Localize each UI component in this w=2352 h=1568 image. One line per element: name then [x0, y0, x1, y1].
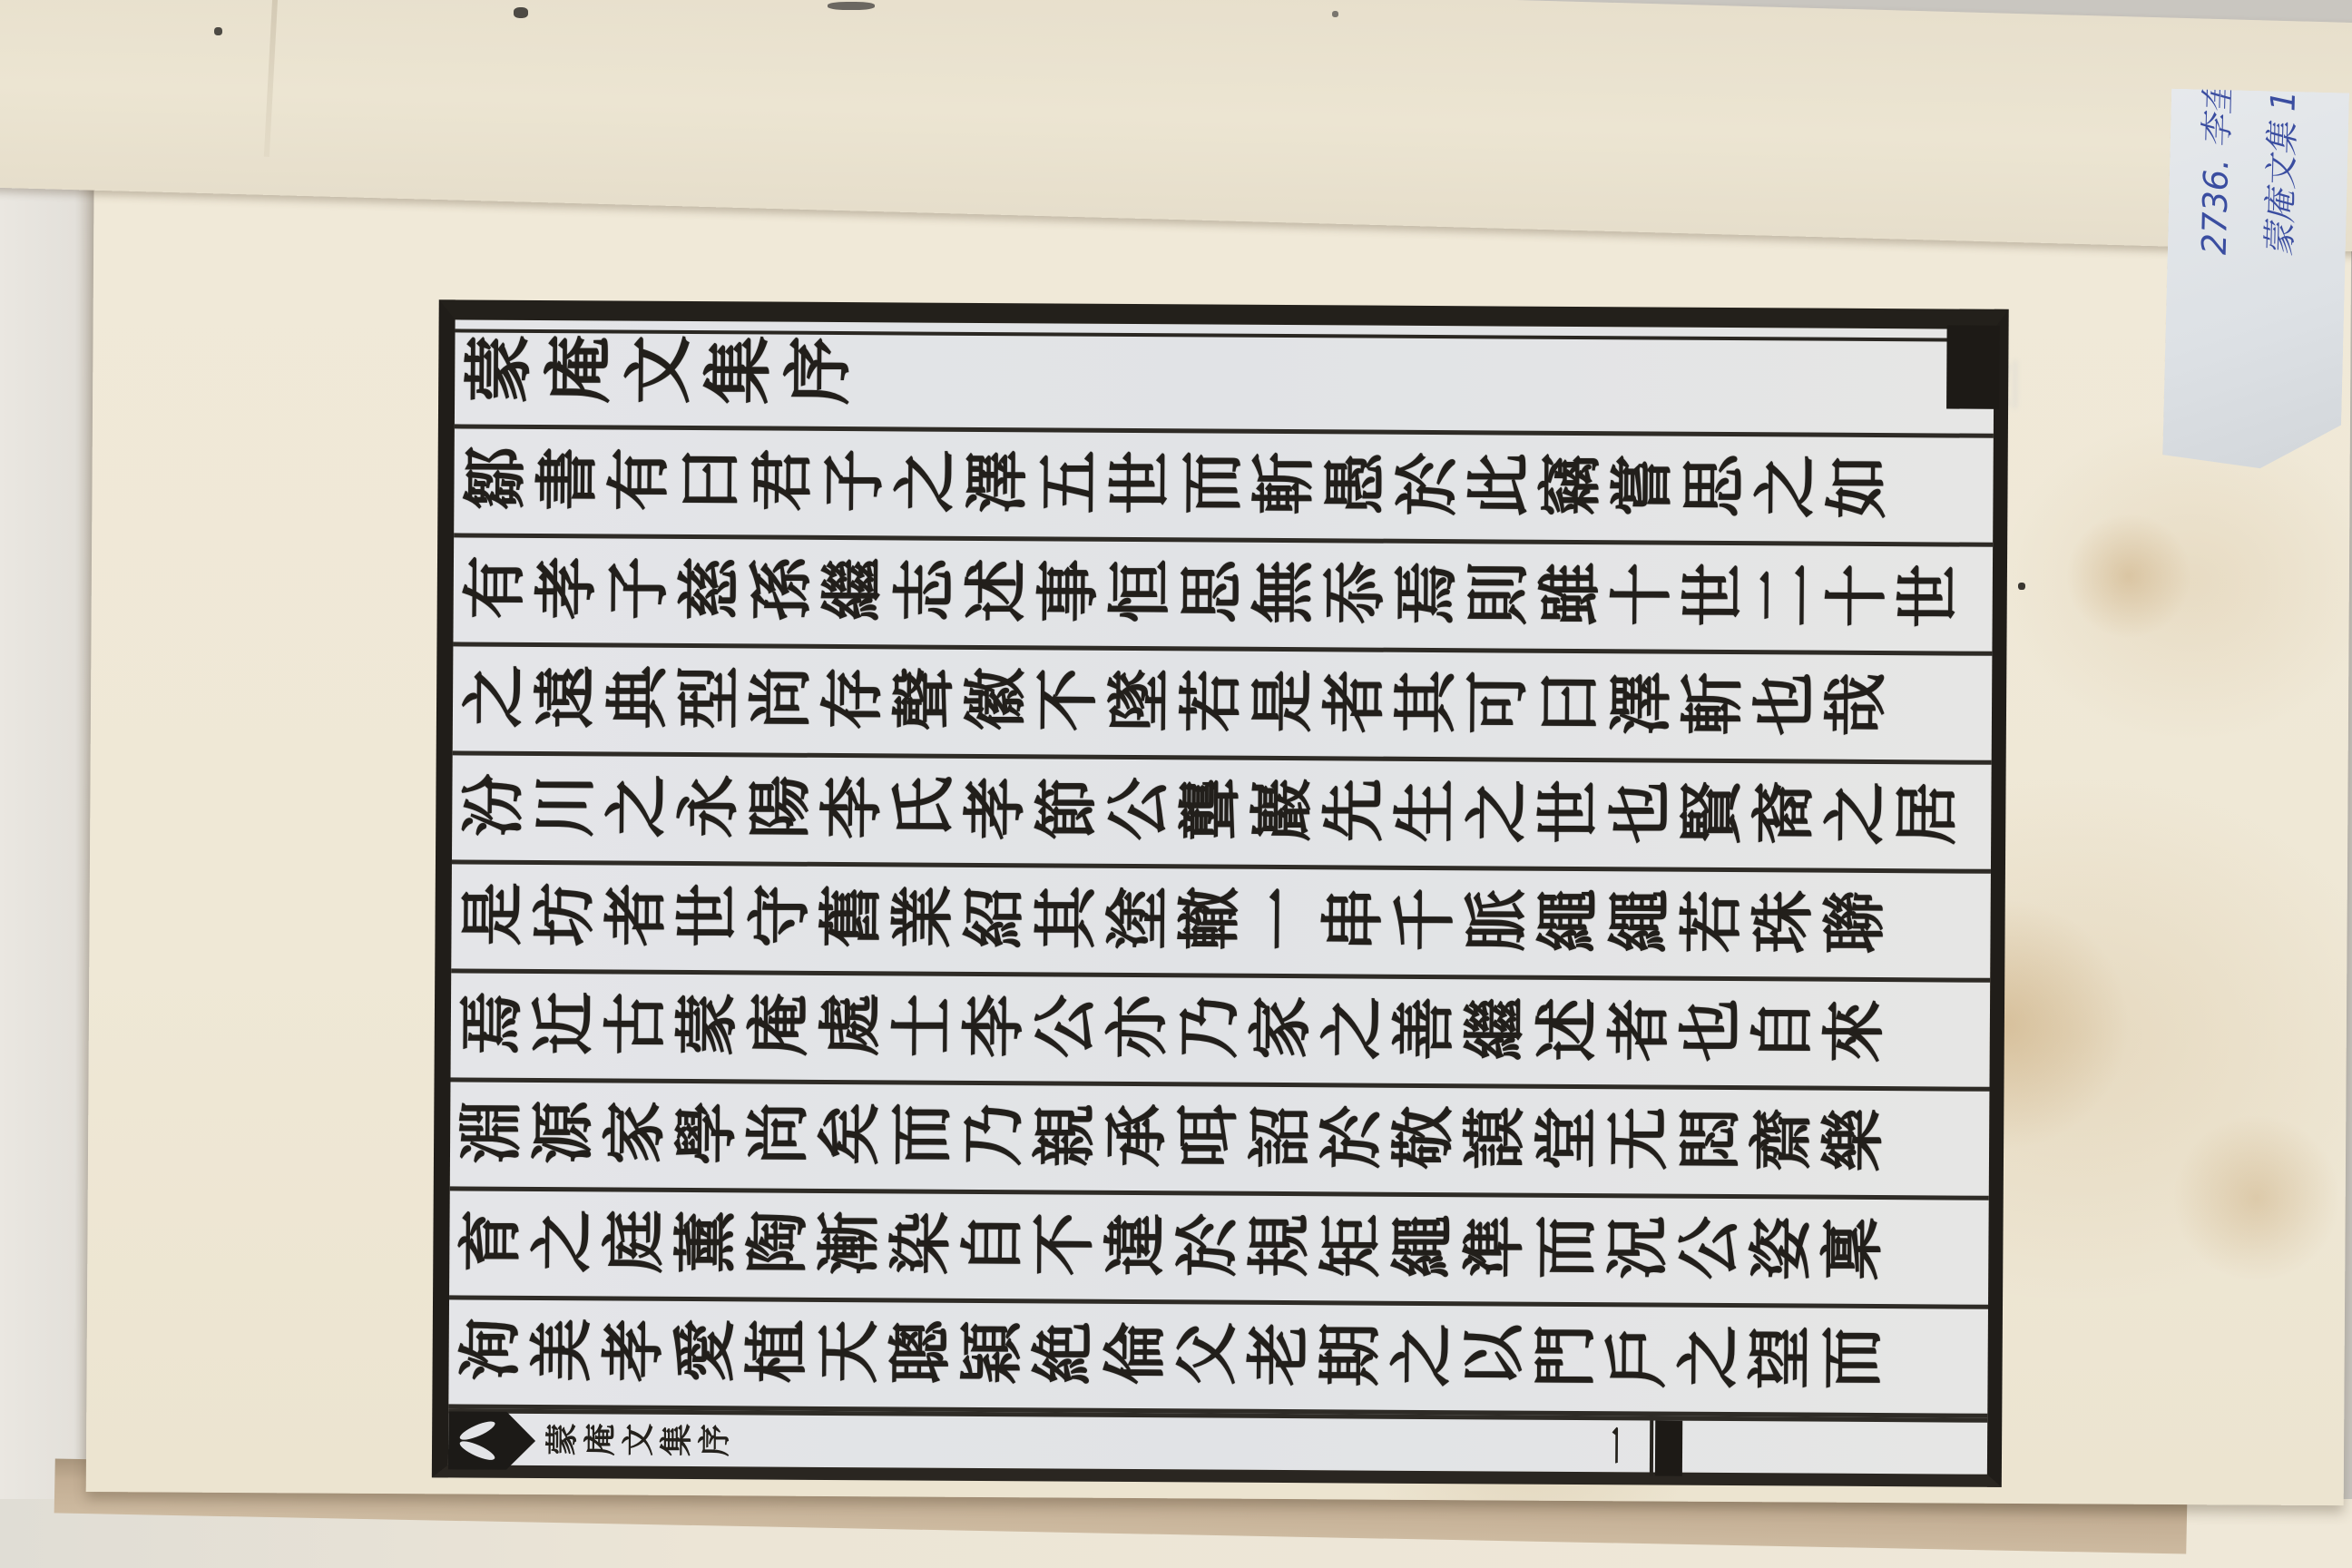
- photograph-of-woodblock-book: 鄒書有曰君子之澤五世而斬愚於此竊嘗思之如 蒙庵文集序 鄒書有曰君子之澤五世而斬愚…: [0, 0, 2352, 1568]
- text-column-4: 汾川之永陽李氏孝節公聾巖先生之世也賢裔之居居之裔賢也世之生先巖聾公節孝氏李陽永之…: [452, 755, 1992, 873]
- text-column-7: 淵源家學尚矣而乃親承咡詔於敬謨堂无悶齋樂樂齋悶无堂謨敬於詔咡承親乃而矣尚學家源淵: [450, 1082, 1990, 1200]
- fishtail-icon: [448, 1412, 539, 1471]
- title-column: 蒙庵文集序: [455, 319, 1994, 437]
- dust-speck: [2018, 583, 2025, 590]
- dust-speck: [1332, 11, 1338, 17]
- book-page: 鄒書有曰君子之澤五世而斬愚於此竊嘗思之如 蒙庵文集序 鄒書有曰君子之澤五世而斬愚…: [86, 114, 2352, 1505]
- banxin-column: 蒙庵文集序 一: [448, 1408, 1987, 1477]
- banxin-black-block: [1655, 1421, 1682, 1476]
- paper-crease: [264, 0, 282, 157]
- text-column-2: 有孝子慈孫繼志述事恒思無忝焉則雖十世二十世世十二世十雖則焉忝無思恒事述志繼孫慈子…: [453, 537, 1993, 655]
- foxing-stain: [2060, 507, 2197, 644]
- text-column-8: 育之庭薰陶漸染自不違於規矩繩準而況公姿稟稟姿公況而準繩矩規於違不自染漸陶薰庭之育: [449, 1191, 1989, 1308]
- text-column-6: 焉近古蒙庵處士李公亦乃家之善繼述者也自來來自也者述繼善之家乃亦公李士處庵蒙古近焉: [450, 973, 1990, 1091]
- printed-text-block: 蒙庵文集序 鄒書有曰君子之澤五世而斬愚於此竊嘗思之如如之思嘗竊此於愚斬而世五澤之…: [432, 299, 2009, 1487]
- dust-speck: [214, 27, 222, 35]
- banxin-rule-line: [1650, 1420, 1653, 1475]
- woodblock-border-frame: 蒙庵文集序 鄒書有曰君子之澤五世而斬愚於此竊嘗思之如如之思嘗竊此於愚斬而世五澤之…: [432, 299, 2009, 1487]
- banxin-running-title: 蒙庵文集序: [544, 1412, 735, 1473]
- foxing-stain: [2165, 1107, 2347, 1289]
- text-column-3: 之遠典型尚存聲徽不墜若是者其可曰澤斬也哉哉也斬澤曰可其者是若墜不徽聲存尚型典遠之: [453, 646, 1993, 764]
- label-line-1: 2736. 李奎鎰(汾川): [2182, 89, 2257, 256]
- dust-speck: [514, 7, 528, 18]
- label-line-2: 蒙庵文集 1책 낙질: [2248, 89, 2322, 258]
- text-column-9: 洵美孝愛植天聰穎絶倫父老期之以門戶之望而而望之戶門以之期老父倫絶穎聰天植愛孝美洵: [448, 1299, 1988, 1417]
- text-column-5: 是坊者世守舊業紹其塗轍一串千脈繩繩若珠聯聯珠若繩繩脈千串一轍塗其紹業舊守世者坊是: [451, 864, 1991, 982]
- text-column-1: 鄒書有曰君子之澤五世而斬愚於此竊嘗思之如如之思嘗竊此於愚斬而世五澤之子君曰有書鄒: [454, 428, 1994, 546]
- page-number: 一: [1599, 1418, 1637, 1478]
- handwritten-sticker-label: 2736. 李奎鎰(汾川) 蒙庵文集 1책 낙질: [2162, 89, 2349, 471]
- dust-speck: [828, 2, 875, 10]
